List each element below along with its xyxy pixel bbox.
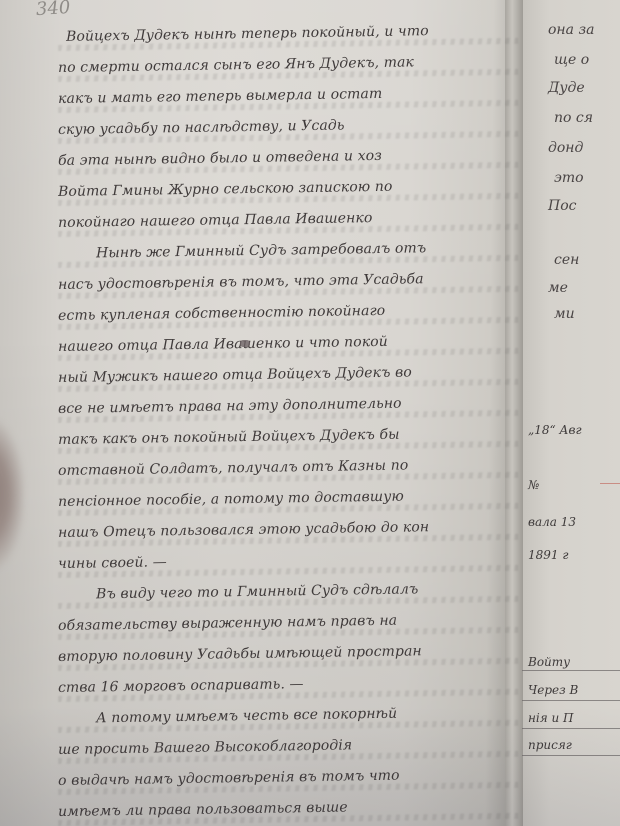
right-page-fragment: донд: [548, 140, 583, 156]
ink-blot: [240, 340, 250, 347]
margin-note: Через В: [528, 683, 578, 697]
right-page-fragment: Пос: [548, 198, 576, 214]
right-page-fragment: ми: [554, 306, 575, 322]
right-page-fragment: Дуде: [548, 80, 585, 96]
line-text: чины своей. —: [58, 554, 167, 572]
margin-note: „18“ Авг: [528, 423, 582, 437]
ruled-line: [522, 700, 620, 701]
right-page-fragment: это: [554, 170, 584, 186]
red-mark: [600, 483, 620, 484]
handwritten-line: имѣемъ ли права пользоваться выше: [58, 786, 518, 824]
ruled-line: [522, 728, 620, 729]
document-photo: 340 Войцехъ Дудекъ нынѣ теперь покойный,…: [0, 0, 620, 826]
right-page-fragment: она за: [548, 22, 594, 38]
ruled-line: [522, 670, 620, 671]
margin-note: Войту: [528, 655, 570, 669]
ruled-line: [522, 755, 620, 756]
margin-note: присяг: [528, 738, 572, 752]
right-page-fragment: ще о: [554, 52, 589, 68]
left-page-text: Войцехъ Дудекъ нынѣ теперь покойный, и ч…: [58, 18, 518, 824]
right-page-fragment: сен: [554, 252, 579, 268]
right-page-fragment: по ся: [554, 110, 593, 126]
margin-note: №: [528, 478, 539, 492]
margin-note: вала 13: [528, 515, 576, 529]
margin-note: 1891 г: [528, 548, 568, 562]
right-page-fragment: ме: [548, 280, 568, 296]
margin-note: нія и П: [528, 711, 574, 725]
